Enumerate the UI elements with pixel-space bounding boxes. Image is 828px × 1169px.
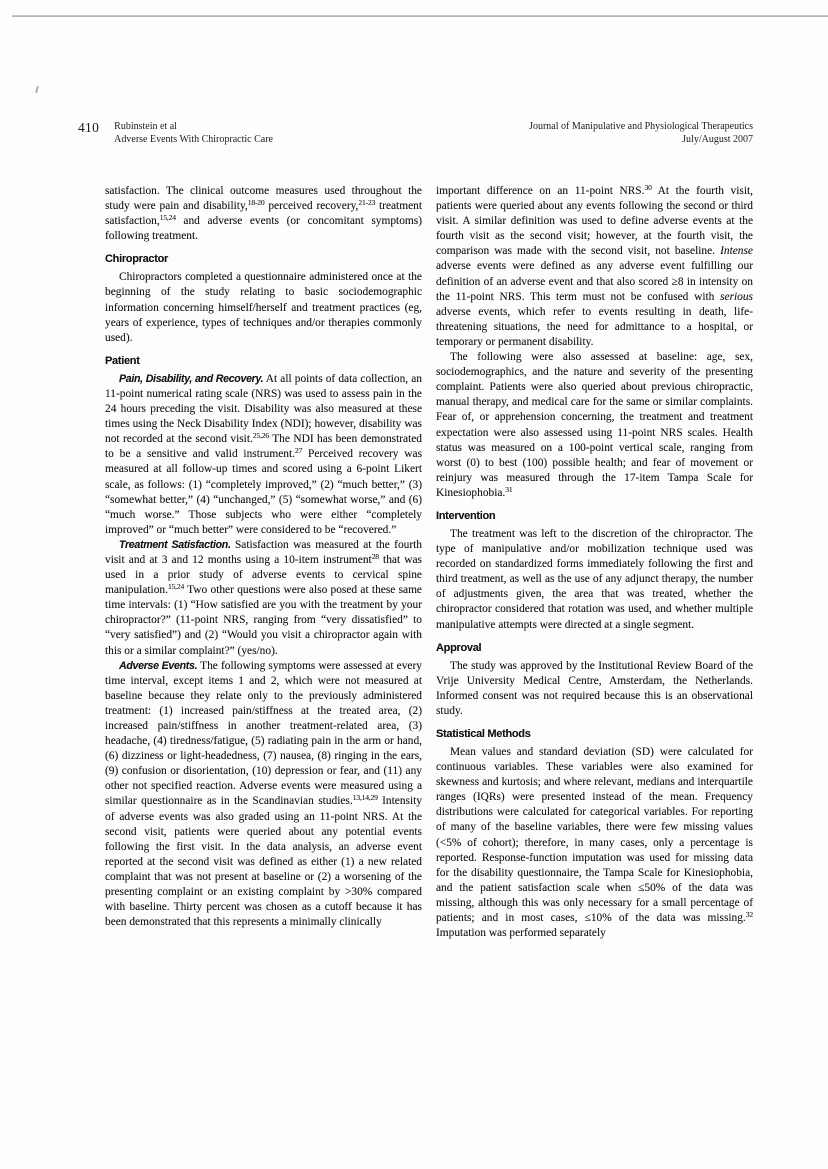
scan-artifact-mark [35,86,39,93]
reference-superscript: 15,24 [160,213,176,222]
running-head-article-title: Adverse Events With Chiropractic Care [114,134,273,147]
paragraph: Adverse Events. The following symptoms w… [105,659,422,931]
journal-name: Journal of Manipulative and Physiologica… [529,121,753,134]
right-column: important difference on an 11-point NRS.… [436,184,753,941]
section-heading: Chiropractor [105,253,422,266]
scan-artifact-line [12,15,828,17]
text-run: adverse events, which refer to events re… [436,306,753,348]
section-heading: Statistical Methods [436,728,753,741]
paragraph: Chiropractors completed a questionnaire … [105,270,422,345]
section-heading: Approval [436,642,753,655]
text-run: The study was approved by the Institutio… [436,660,753,717]
reference-superscript: 30 [644,183,651,192]
runin-subheading: Pain, Disability, and Recovery. [119,373,263,385]
emphasis-text: Intense [720,245,753,257]
paragraph: satisfaction. The clinical outcome measu… [105,184,422,244]
paragraph: Pain, Disability, and Recovery. At all p… [105,372,422,538]
page-header: 410 Rubinstein et al Adverse Events With… [78,121,753,146]
left-column: satisfaction. The clinical outcome measu… [105,184,422,941]
text-run: perceived recovery, [265,200,359,212]
reference-superscript: 15,24 [168,582,184,591]
text-run: Imputation was performed separately [436,927,606,939]
paragraph: The treatment was left to the discretion… [436,527,753,633]
emphasis-text: serious [720,291,753,303]
paragraph: Treatment Satisfaction. Satisfaction was… [105,538,422,659]
paragraph: The following were also assessed at base… [436,350,753,501]
running-head: Rubinstein et al Adverse Events With Chi… [114,121,273,146]
running-head-authors: Rubinstein et al [114,121,273,134]
article-body: satisfaction. The clinical outcome measu… [105,184,753,941]
runin-subheading: Treatment Satisfaction. [119,539,231,551]
text-run: Perceived recovery was measured at all f… [105,448,422,535]
paragraph: The study was approved by the Institutio… [436,659,753,719]
reference-superscript: 18-20 [248,198,265,207]
reference-superscript: 21-23 [358,198,375,207]
reference-superscript: 31 [505,485,512,494]
section-heading: Patient [105,355,422,368]
text-run: Intensity of adverse events was also gra… [105,795,422,928]
section-heading: Intervention [436,510,753,523]
page-number: 410 [78,121,99,134]
text-run: important difference on an 11-point NRS. [436,185,644,197]
text-run: Chiropractors completed a questionnaire … [105,271,422,343]
text-run: Mean values and standard deviation (SD) … [436,746,753,924]
header-left: 410 Rubinstein et al Adverse Events With… [78,121,273,146]
runin-subheading: Adverse Events. [119,660,197,672]
paragraph: important difference on an 11-point NRS.… [436,184,753,350]
text-run: The following were also assessed at base… [436,351,753,499]
header-right: Journal of Manipulative and Physiologica… [529,121,753,146]
paragraph: Mean values and standard deviation (SD) … [436,745,753,941]
text-run: The treatment was left to the discretion… [436,528,753,631]
reference-superscript: 28 [372,552,379,561]
reference-superscript: 13,14,29 [353,793,378,802]
text-run: The following symptoms were assessed at … [105,660,422,808]
reference-superscript: 25,26 [253,431,269,440]
issue-date: July/August 2007 [529,134,753,147]
reference-superscript: 32 [746,910,753,919]
text-run: adverse events were defined as any adver… [436,260,753,302]
scanned-journal-page: 410 Rubinstein et al Adverse Events With… [0,0,828,1169]
